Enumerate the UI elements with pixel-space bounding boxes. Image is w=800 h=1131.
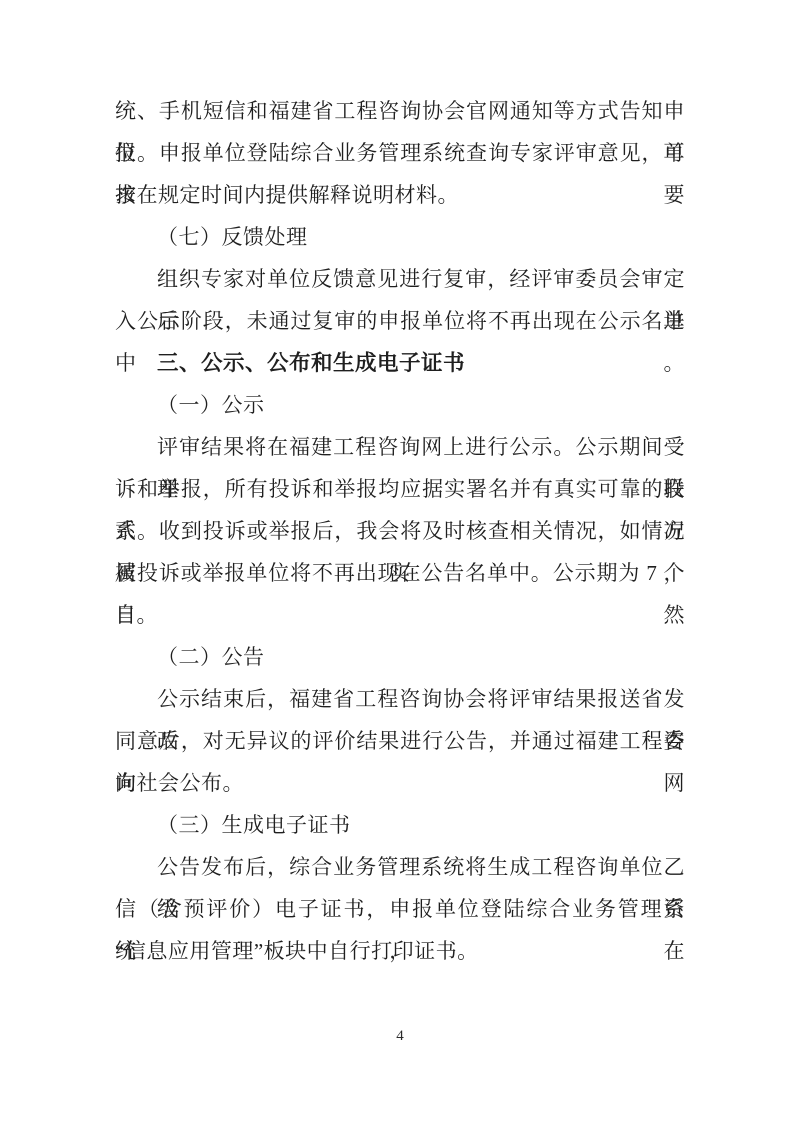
body-line: 诉和举报，所有投诉和举报均应据实署名并有真实可靠的联系方	[115, 468, 685, 510]
subsection-heading: （一）公示	[115, 384, 685, 426]
body-line: 统、手机短信和福建省工程咨询协会官网通知等方式告知申报单	[115, 90, 685, 132]
body-line: 入公示阶段，未通过复审的申报单位将不再出现在公示名单中。	[115, 300, 685, 342]
body-line: 式。收到投诉或举报后，我会将及时核查相关情况，如情况属实，	[115, 510, 685, 552]
page-number: 4	[0, 1028, 800, 1045]
body-line: 评审结果将在福建工程咨询网上进行公示。公示期间受理投	[115, 426, 685, 468]
subsection-heading: （三）生成电子证书	[115, 804, 685, 846]
document-body: 统、手机短信和福建省工程咨询协会官网通知等方式告知申报单 位。申报单位登陆综合业…	[115, 90, 685, 972]
body-line: 公示结束后，福建省工程咨询协会将评审结果报送省发改委	[115, 678, 685, 720]
body-line: 组织专家对单位反馈意见进行复审，经评审委员会审定后进	[115, 258, 685, 300]
document-page: 统、手机短信和福建省工程咨询协会官网通知等方式告知申报单 位。申报单位登陆综合业…	[0, 0, 800, 1131]
body-line: 信（含预评价）电子证书，申报单位登陆综合业务管理系统，在	[115, 888, 685, 930]
body-line: 位。申报单位登陆综合业务管理系统查询专家评审意见，可按要	[115, 132, 685, 174]
subsection-heading: （七）反馈处理	[115, 216, 685, 258]
body-line: 公告发布后，综合业务管理系统将生成工程咨询单位乙级资	[115, 846, 685, 888]
body-line: 同意后，对无异议的评价结果进行公告，并通过福建工程咨询网	[115, 720, 685, 762]
body-line: 被投诉或举报单位将不再出现在公告名单中。公示期为 7 个自然	[115, 552, 685, 594]
subsection-heading: （二）公告	[115, 636, 685, 678]
